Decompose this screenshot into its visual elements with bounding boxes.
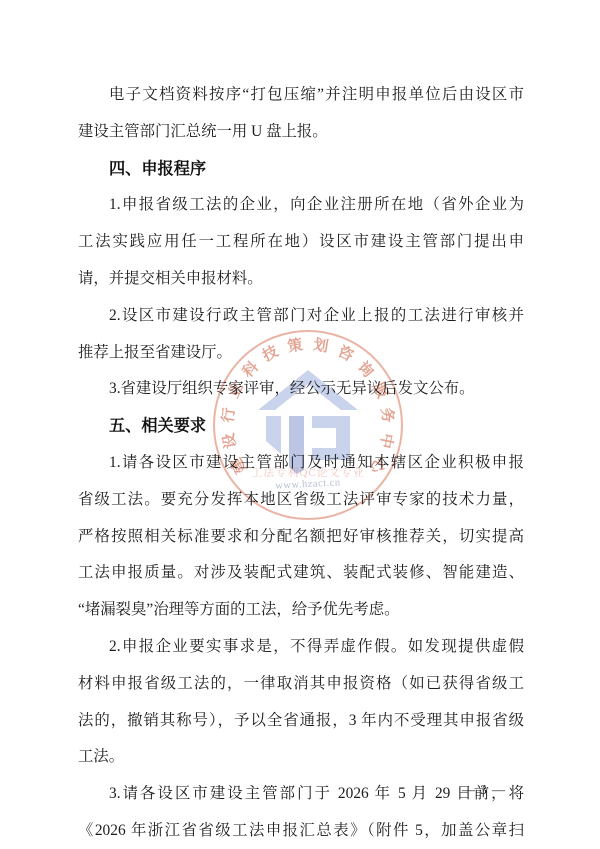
body-text-line: 电子文档资料按序“打包压缩”并注明申报单位后由设区市 — [78, 77, 524, 114]
body-text-line: 2.设区市建设行政主管部门对企业上报的工法进行审核并 — [78, 298, 524, 335]
body-text-line: 工法实践应用任一工程所在地）设区市建设主管部门提出申 — [78, 224, 524, 261]
body-text-line: 1.申报省级工法的企业，向企业注册所在地（省外企业为 — [78, 187, 524, 224]
body-text-line: 1.请各设区市建设主管部门及时通知本辖区企业积极申报 — [78, 445, 524, 482]
body-text-line: 推荐上报至省建设厅。 — [78, 335, 524, 372]
body-text-line: 3.省建设厅组织专家评审，经公示无异议后发文公布。 — [78, 371, 524, 408]
document-body: 电子文档资料按序“打包压缩”并注明申报单位后由设区市建设主管部门汇总统一用 U … — [78, 77, 524, 849]
heading-line: 四、申报程序 — [78, 151, 524, 188]
body-text-line: 3.请各设区市建设主管部门于 2026 年 5 月 29 日前，将 — [78, 776, 524, 813]
body-text-line: 省级工法。要充分发挥本地区省级工法评审专家的技术力量， — [78, 482, 524, 519]
page-number: — 3 — — [462, 782, 506, 798]
body-text-line: 法的，撤销其称号），予以全省通报，3 年内不受理其申报省级 — [78, 703, 524, 740]
body-text-line: 《2026 年浙江省省级工法申报汇总表》（附件 5，加盖公章扫 — [78, 813, 524, 849]
body-text-line: 严格按照相关标准要求和分配名额把好审核推荐关，切实提高 — [78, 519, 524, 556]
body-text-line: 工法申报质量。对涉及装配式建筑、装配式装修、智能建造、 — [78, 555, 524, 592]
body-text-line: 建设主管部门汇总统一用 U 盘上报。 — [78, 114, 524, 151]
body-text-line: 材料申报省级工法的，一律取消其申报资格（如已获得省级工 — [78, 666, 524, 703]
body-text-line: 工法。 — [78, 739, 524, 776]
body-text-line: “堵漏裂臭”治理等方面的工法，给予优先考虑。 — [78, 592, 524, 629]
body-text-line: 2.申报企业要实事求是，不得弄虚作假。如发现提供虚假 — [78, 629, 524, 666]
heading-line: 五、相关要求 — [78, 408, 524, 445]
body-text-line: 请，并提交相关申报材料。 — [78, 261, 524, 298]
document-page: 建设行业科技策划咨询服务中心 工法专利QC论文专业 www.hzact.cn 电… — [0, 0, 600, 849]
